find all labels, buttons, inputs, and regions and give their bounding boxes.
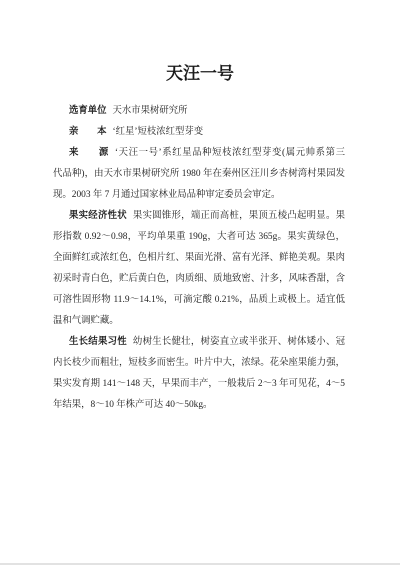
paragraph-fruit-traits-line: 形指数 0.92～0.98，平均单果重 190g，大者可达 365g。果实黄绿色… [53,227,345,248]
paragraph-origin-line: 代品种)，由天水市果树研究所 1980 年在秦州区汪川乡杏树湾村果园发 [53,164,345,185]
paragraph-fruit-traits-line: 初采时青白色，贮后黄白色，肉质细、质地致密、汁多，风味香甜，含 [53,269,345,290]
paragraph-fruit-traits-text: 果实圆锥形，端正而高桩，果顶五棱凸起明显。果 [133,211,345,221]
paragraph-origin-line: 来 源‘天汪一号’系红星品种短枝浓红型芽变(属元帅系第三 [53,143,345,164]
field-breeder: 选育单位天水市果树研究所 [53,101,345,122]
paragraph-growth-habit-line: 生长结果习性幼树生长健壮，树姿直立或半张开、树体矮小、冠 [53,332,345,353]
paragraph-origin-label: 来 源 [69,148,109,158]
paragraph-origin-text: ‘天汪一号’系红星品种短枝浓红型芽变(属元帅系第三 [115,148,345,158]
paragraph-fruit-traits-line: 果实经济性状果实圆锥形，端正而高桩，果顶五棱凸起明显。果 [53,206,345,227]
paragraph-fruit-traits: 果实经济性状果实圆锥形，端正而高桩，果顶五棱凸起明显。果 形指数 0.92～0.… [53,206,345,332]
field-parent: 亲 本‘红星’短枝浓红型芽变 [53,122,345,143]
field-breeder-value: 天水市果树研究所 [113,106,188,116]
paragraph-growth-habit-line: 内长枝少而粗壮，短枝多而密生。叶片中大，浓绿。花朵座果能力强， [53,353,345,374]
field-breeder-label: 选育单位 [69,106,107,116]
paragraph-growth-habit: 生长结果习性幼树生长健壮，树姿直立或半张开、树体矮小、冠 内长枝少而粗壮，短枝多… [53,332,345,416]
page-title: 天汪一号 [0,0,400,84]
paragraph-origin-line: 现。2003 年 7 月通过国家林业局品种审定委员会审定。 [53,185,345,206]
paragraph-growth-habit-label: 生长结果习性 [69,337,127,347]
field-parent-label: 亲 本 [69,127,107,137]
paragraph-growth-habit-text: 幼树生长健壮，树姿直立或半张开、树体矮小、冠 [133,337,345,347]
paragraph-fruit-traits-line: 全面鲜红或浓红色，色相片红、果面光滑、富有光泽、鲜艳美观。果肉 [53,248,345,269]
paragraph-growth-habit-line: 果实发育期 141～148 天，早果而丰产，一般栽后 2～3 年可见花，4～5 [53,374,345,395]
paragraph-fruit-traits-label: 果实经济性状 [69,211,127,221]
paragraph-growth-habit-line: 年结果，8～10 年株产可达 40～50kg。 [53,395,345,416]
document-page: 天汪一号 选育单位天水市果树研究所 亲 本‘红星’短枝浓红型芽变 来 源‘天汪一… [0,0,400,565]
document-body: 选育单位天水市果树研究所 亲 本‘红星’短枝浓红型芽变 来 源‘天汪一号’系红星… [53,101,345,416]
paragraph-origin: 来 源‘天汪一号’系红星品种短枝浓红型芽变(属元帅系第三 代品种)，由天水市果树… [53,143,345,206]
paragraph-fruit-traits-line: 可溶性固形物 11.9～14.1%，可滴定酸 0.21%，品质上或极上。适宜低 [53,290,345,311]
paragraph-fruit-traits-line: 温和气调贮藏。 [53,311,345,332]
field-parent-value: ‘红星’短枝浓红型芽变 [113,127,204,137]
